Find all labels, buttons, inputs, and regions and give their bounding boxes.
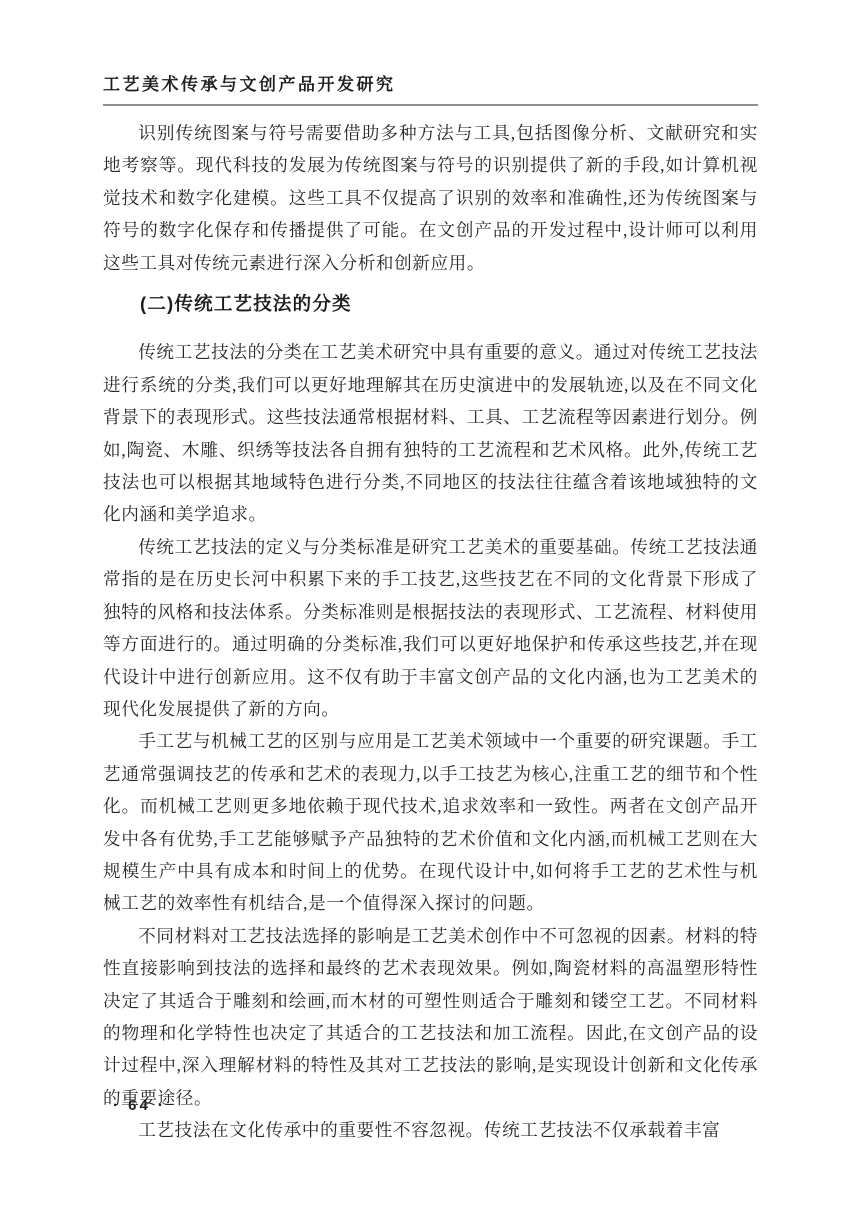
paragraph-5: 不同材料对工艺技法选择的影响是工艺美术创作中不可忽视的因素。材料的特性直接影响到… [103, 920, 758, 1114]
running-header: 工艺美术传承与文创产品开发研究 [103, 70, 758, 106]
page-number: · 64 · [113, 1097, 166, 1114]
paragraph-3: 传统工艺技法的定义与分类标准是研究工艺美术的重要基础。传统工艺技法通常指的是在历… [103, 531, 758, 725]
section-heading: (二)传统工艺技法的分类 [103, 288, 758, 320]
paragraph-2: 传统工艺技法的分类在工艺美术研究中具有重要的意义。通过对传统工艺技法进行系统的分… [103, 336, 758, 530]
page-content: 工艺美术传承与文创产品开发研究 识别传统图案与符号需要借助多种方法与工具,包括图… [103, 70, 758, 1147]
document-page: 工艺美术传承与文创产品开发研究 识别传统图案与符号需要借助多种方法与工具,包括图… [0, 0, 860, 1208]
paragraph-6: 工艺技法在文化传承中的重要性不容忽视。传统工艺技法不仅承载着丰富 [103, 1114, 758, 1146]
paragraph-4: 手工艺与机械工艺的区别与应用是工艺美术领域中一个重要的研究课题。手工艺通常强调技… [103, 725, 758, 919]
paragraph-1: 识别传统图案与符号需要借助多种方法与工具,包括图像分析、文献研究和实地考察等。现… [103, 117, 758, 279]
body-text: 识别传统图案与符号需要借助多种方法与工具,包括图像分析、文献研究和实地考察等。现… [103, 117, 758, 1147]
